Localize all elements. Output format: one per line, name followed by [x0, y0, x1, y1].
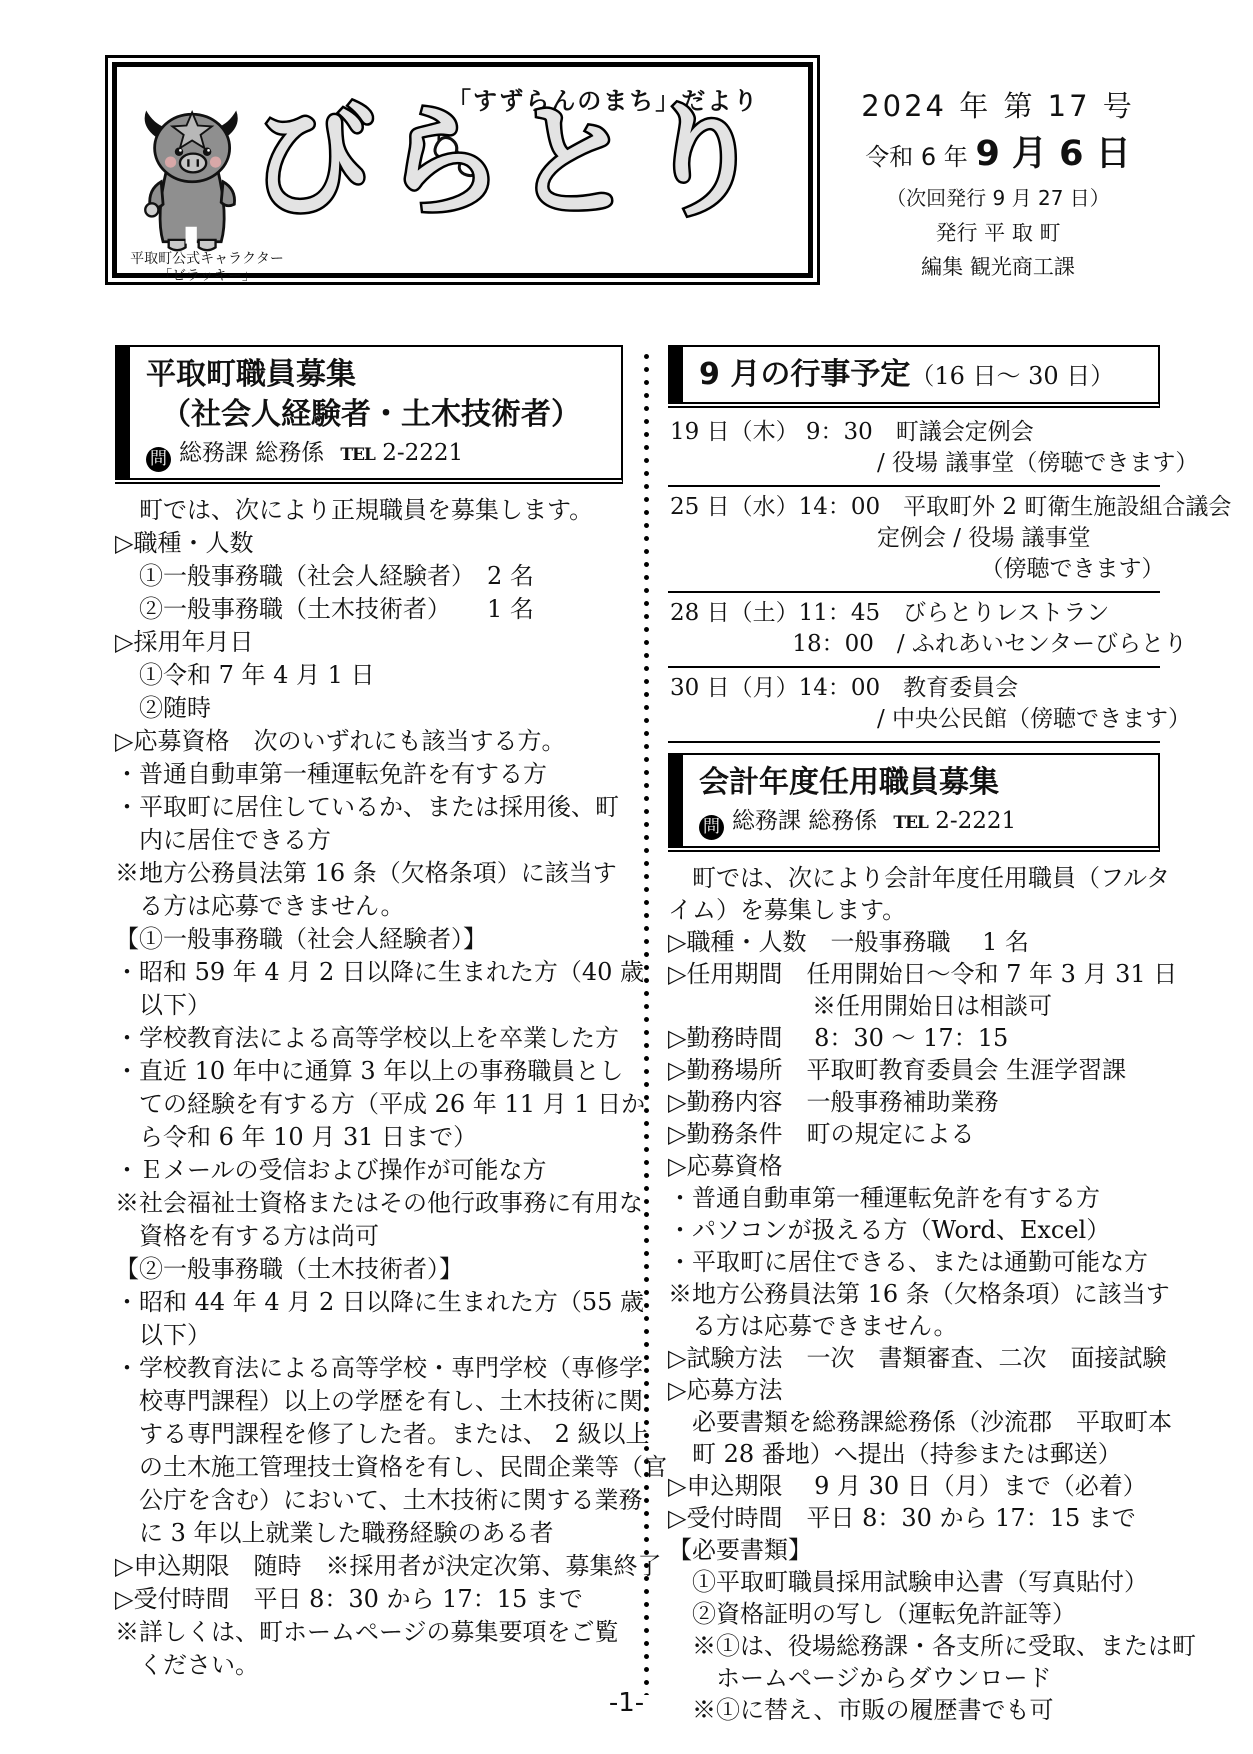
schedule-row: 28 日（土）11：45 びらとりレストラン 18：00 / ふれあいセンターび…	[668, 593, 1160, 668]
schedule-row: 19 日（木） 9：30 町議会定例会 / 役場 議事堂（傍聴できます）	[668, 412, 1160, 487]
body-line: ①一般事務職（社会人経験者） 2 名	[115, 560, 623, 593]
recruit-regular-body: 町では、次により正規職員を募集します。▷職種・人数 ①一般事務職（社会人経験者）…	[115, 494, 623, 1682]
body-line: ての経験を有する方（平成 26 年 11 月 1 日か	[115, 1088, 623, 1121]
tel-number: 2-2221	[382, 440, 463, 466]
body-line: ▷勤務場所 平取町教育委員会 生涯学習課	[668, 1054, 1160, 1086]
body-line: ▷試験方法 一次 書類審査、二次 面接試験	[668, 1342, 1160, 1374]
masthead-box: 平取町公式キャラクター 「ビラッキー」 「すずらんのまち」だより びらとり	[105, 55, 820, 285]
body-line: ▷受付時間 平日 8：30 から 17：15 まで	[668, 1502, 1160, 1534]
body-line: ▷勤務内容 一般事務補助業務	[668, 1086, 1160, 1118]
tel-number: 2-2221	[935, 808, 1016, 834]
section-head-body: 9 月の行事予定（16 日～ 30 日）	[683, 347, 1158, 402]
body-line: 町では、次により正規職員を募集します。	[115, 494, 623, 527]
body-line: 校専門課程）以上の学歴を有し、土木技術に関	[115, 1385, 623, 1418]
next-issue-note: （次回発行 9 月 27 日）	[828, 188, 1168, 208]
section-head-body: 平取町職員募集 （社会人経験者・土木技術者） 問総務課 総務係TEL 2-222…	[130, 347, 621, 478]
body-line: ▷受付時間 平日 8：30 から 17：15 まで	[115, 1583, 623, 1616]
section-bar	[115, 347, 130, 478]
schedule-row: 25 日（水）14：00 平取町外 2 町衛生施設組合議会 定例会 / 役場 議…	[668, 487, 1160, 593]
body-line: ▷任用期間 任用開始日～令和 7 年 3 月 31 日	[668, 958, 1160, 990]
issue-info: 2024 年 第 17 号 令和 6 年 9 月 6 日 （次回発行 9 月 2…	[828, 92, 1168, 291]
contact-office: 総務課 総務係	[732, 808, 877, 834]
body-line: ら令和 6 年 10 月 31 日まで）	[115, 1121, 623, 1154]
body-line: 資格を有する方は尚可	[115, 1220, 623, 1253]
right-column: 9 月の行事予定（16 日～ 30 日） 19 日（木） 9：30 町議会定例会…	[668, 345, 1160, 1726]
body-line: する専門課程を修了した者。または、 2 級以上	[115, 1418, 623, 1451]
body-line: 公庁を含む）において、土木技術に関する業務	[115, 1484, 623, 1517]
body-line: ※地方公務員法第 16 条（欠格条項）に該当す	[115, 857, 623, 890]
body-line: ※地方公務員法第 16 条（欠格条項）に該当す	[668, 1278, 1160, 1310]
body-line: ・平取町に居住できる、または通勤可能な方	[668, 1246, 1160, 1278]
body-line: 以下）	[115, 989, 623, 1022]
body-line: ▷職種・人数	[115, 527, 623, 560]
issue-number: 2024 年 第 17 号	[828, 92, 1168, 121]
page-number: -1-	[0, 1688, 1253, 1718]
mascot-caption-line2: 「ビラッキー」	[117, 268, 297, 285]
schedule-title-suffix: （16 日～ 30 日）	[910, 362, 1114, 390]
body-line: ▷申込期限 9 月 30 日（月）まで（必着）	[668, 1470, 1160, 1502]
body-line: ※任用開始日は相談可	[668, 990, 1160, 1022]
body-line: ・普通自動車第一種運転免許を有する方	[115, 758, 623, 791]
body-line: ①令和 7 年 4 月 1 日	[115, 659, 623, 692]
section-recruit-regular-header: 平取町職員募集 （社会人経験者・土木技術者） 問総務課 総務係TEL 2-222…	[115, 345, 623, 484]
body-line: 【①一般事務職（社会人経験者）】	[115, 923, 623, 956]
body-line: ・学校教育法による高等学校以上を卒業した方	[115, 1022, 623, 1055]
inquiry-icon: 問	[146, 447, 171, 472]
mascot-caption: 平取町公式キャラクター 「ビラッキー」	[117, 251, 297, 285]
publisher-line: 発行 平 取 町	[828, 223, 1168, 244]
body-line: に 3 年以上就業した職務経験のある者	[115, 1517, 623, 1550]
issue-era: 令和 6 年	[865, 143, 975, 171]
body-line: ▷勤務時間 8：30 ～ 17：15	[668, 1022, 1160, 1054]
body-line: ・平取町に居住しているか、または採用後、町	[115, 791, 623, 824]
body-line: 【②一般事務職（土木技術者）】	[115, 1253, 623, 1286]
contact-line: 問総務課 総務係TEL 2-2221	[146, 437, 613, 472]
section-recruit-fiscal-header: 会計年度任用職員募集 問総務課 総務係TEL 2-2221	[668, 753, 1160, 852]
mascot-birakky-icon	[131, 103, 257, 253]
newsletter-page: 平取町公式キャラクター 「ビラッキー」 「すずらんのまち」だより びらとり 20…	[0, 0, 1253, 1754]
issue-date: 令和 6 年 9 月 6 日	[828, 137, 1168, 172]
section-bar	[668, 755, 683, 846]
body-line: ・普通自動車第一種運転免許を有する方	[668, 1182, 1160, 1214]
body-line: ・直近 10 年中に通算 3 年以上の事務職員とし	[115, 1055, 623, 1088]
body-line: ▷職種・人数 一般事務職 1 名	[668, 926, 1160, 958]
body-line: ②随時	[115, 692, 623, 725]
body-line: 【必要書類】	[668, 1534, 1160, 1566]
section-bar	[668, 347, 683, 402]
body-line: ・昭和 44 年 4 月 2 日以降に生まれた方（55 歳	[115, 1286, 623, 1319]
body-line: 内に居住できる方	[115, 824, 623, 857]
body-line: る方は応募できません。	[115, 890, 623, 923]
body-line: ▷勤務条件 町の規定による	[668, 1118, 1160, 1150]
schedule-title: 9 月の行事予定（16 日～ 30 日）	[699, 355, 1150, 396]
body-line: ①平取町職員採用試験申込書（写真貼付）	[668, 1566, 1160, 1598]
body-line: ▷採用年月日	[115, 626, 623, 659]
body-line: ▷申込期限 随時 ※採用者が決定次第、募集終了	[115, 1550, 623, 1583]
schedule-rows: 19 日（木） 9：30 町議会定例会 / 役場 議事堂（傍聴できます）25 日…	[668, 412, 1160, 743]
newsletter-title: びらとり	[252, 101, 772, 223]
contact-line: 問総務課 総務係TEL 2-2221	[699, 805, 1150, 840]
body-line: の土木施工管理技士資格を有し、民間企業等（官	[115, 1451, 623, 1484]
body-line: 以下）	[115, 1319, 623, 1352]
body-line: ・Ｅメールの受信および操作が可能な方	[115, 1154, 623, 1187]
contact-office: 総務課 総務係	[179, 440, 324, 466]
tel-label: TEL	[340, 445, 375, 465]
body-line: 必要書類を総務課総務係（沙流郡 平取町本	[668, 1406, 1160, 1438]
body-line: ※社会福祉士資格またはその他行政事務に有用な	[115, 1187, 623, 1220]
section-title-line2: （社会人経験者・土木技術者）	[146, 395, 613, 435]
body-line: 町 28 番地）へ提出（持参または郵送）	[668, 1438, 1160, 1470]
section-schedule-header: 9 月の行事予定（16 日～ 30 日）	[668, 345, 1160, 408]
section-head-body: 会計年度任用職員募集 問総務課 総務係TEL 2-2221	[683, 755, 1158, 846]
left-column: 平取町職員募集 （社会人経験者・土木技術者） 問総務課 総務係TEL 2-222…	[115, 345, 623, 1682]
tel-label: TEL	[893, 813, 928, 833]
schedule-row: 30 日（月）14：00 教育委員会 / 中央公民館（傍聴できます）	[668, 668, 1160, 743]
body-line: ②一般事務職（土木技術者） 1 名	[115, 593, 623, 626]
inquiry-icon: 問	[699, 815, 724, 840]
body-line: ・昭和 59 年 4 月 2 日以降に生まれた方（40 歳	[115, 956, 623, 989]
body-line: ▷応募資格	[668, 1150, 1160, 1182]
section-title-line1: 平取町職員募集	[146, 355, 613, 395]
body-line: ・パソコンが扱える方（Word、Excel）	[668, 1214, 1160, 1246]
body-line: 町では、次により会計年度任用職員（フルタ	[668, 862, 1160, 894]
body-line: ※詳しくは、町ホームページの募集要項をご覧	[115, 1616, 623, 1649]
body-line: イム）を募集します。	[668, 894, 1160, 926]
body-line: ▷応募資格 次のいずれにも該当する方。	[115, 725, 623, 758]
recruit-fiscal-body: 町では、次により会計年度任用職員（フルタイム）を募集します。▷職種・人数 一般事…	[668, 862, 1160, 1726]
body-line: ください。	[115, 1649, 623, 1682]
body-line: ▷応募方法	[668, 1374, 1160, 1406]
body-line: ②資格証明の写し（運転免許証等）	[668, 1598, 1160, 1630]
body-line: ・学校教育法による高等学校・専門学校（専修学	[115, 1352, 623, 1385]
editor-line: 編集 観光商工課	[828, 257, 1168, 278]
mascot-caption-line1: 平取町公式キャラクター	[117, 251, 297, 268]
body-line: る方は応募できません。	[668, 1310, 1160, 1342]
masthead-inner-frame: 平取町公式キャラクター 「ビラッキー」 「すずらんのまち」だより びらとり	[112, 62, 813, 278]
body-line: ※①は、役場総務課・各支所に受取、または町	[668, 1630, 1160, 1662]
section-title: 会計年度任用職員募集	[699, 763, 1150, 803]
issue-date-bold: 9 月 6 日	[975, 134, 1130, 174]
column-divider	[644, 350, 649, 1695]
